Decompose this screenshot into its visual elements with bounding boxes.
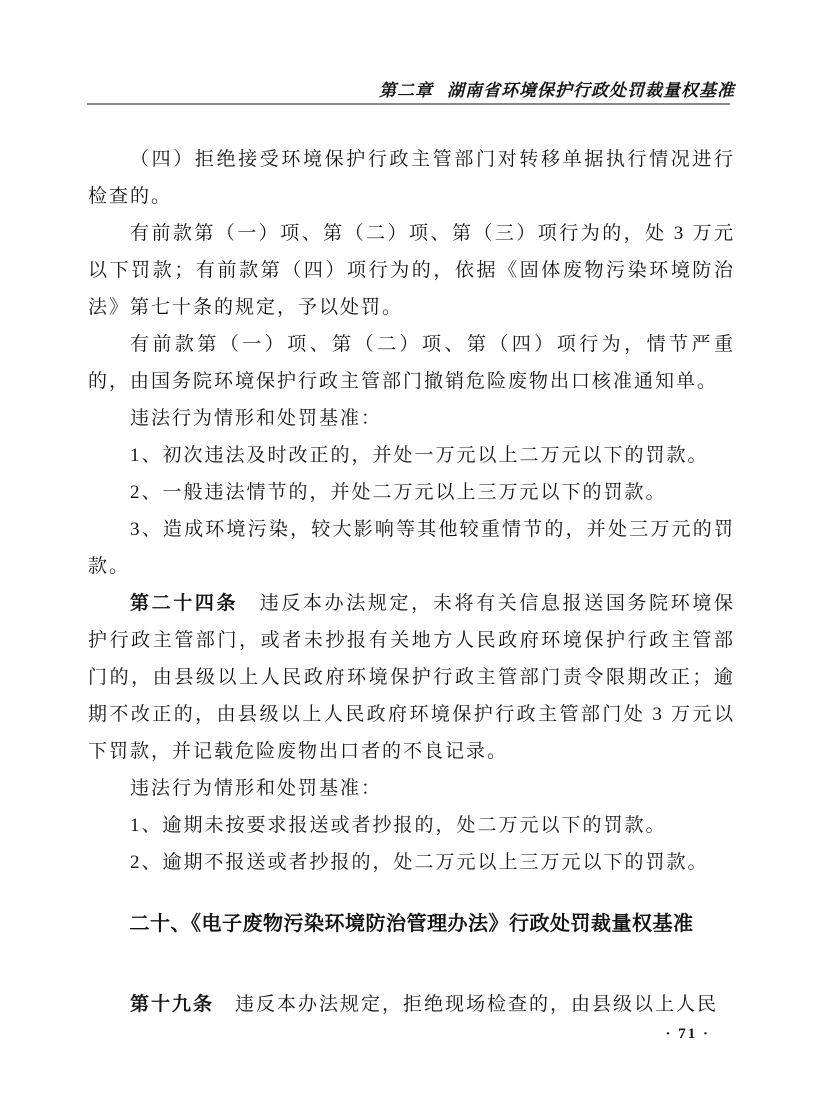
paragraph-text: 有前款第（一）项、第（二）项、第（四）项行为，情节严重的，由国务院环境保护行政主… xyxy=(88,334,735,392)
body-paragraph: 第二十四条 违反本办法规定，未将有关信息报送国务院环境保护行政主管部门，或者未抄… xyxy=(88,585,735,770)
body-paragraph: 2、一般违法情节的，并处二万元以上三万元以下的罚款。 xyxy=(88,474,735,511)
article-number: 第二十四条 xyxy=(130,593,238,614)
running-header: 第二章湖南省环境保护行政处罚裁量权基准 xyxy=(87,76,735,101)
body-paragraph: 有前款第（一）项、第（二）项、第（四）项行为，情节严重的，由国务院环境保护行政主… xyxy=(88,326,735,400)
header-rule xyxy=(87,103,730,105)
body-paragraph: 1、逾期未按要求报送或者抄报的，处二万元以下的罚款。 xyxy=(88,807,735,844)
document-body: （四）拒绝接受环境保护行政主管部门对转移单据执行情况进行检查的。有前款第（一）项… xyxy=(88,141,735,1023)
paragraph-text: 有前款第（一）项、第（二）项、第（三）项行为的，处 3 万元以下罚款；有前款第（… xyxy=(88,223,735,318)
body-paragraph: 1、初次违法及时改正的，并处一万元以上二万元以下的罚款。 xyxy=(88,437,735,474)
paragraph-text: 2、一般违法情节的，并处二万元以上三万元以下的罚款。 xyxy=(130,482,667,503)
paragraph-text: 违法行为情形和处罚基准： xyxy=(130,778,382,799)
body-paragraph: 3、造成环境污染，较大影响等其他较重情节的，并处三万元的罚款。 xyxy=(88,511,735,585)
chapter-number: 第二章 xyxy=(379,81,433,100)
paragraph-text: （四）拒绝接受环境保护行政主管部门对转移单据执行情况进行检查的。 xyxy=(88,149,735,207)
paragraph-text: 2、逾期不报送或者抄报的，处二万元以上三万元以下的罚款。 xyxy=(130,852,709,873)
chapter-title: 湖南省环境保护行政处罚裁量权基准 xyxy=(447,81,735,100)
paragraph-text: 违反本办法规定，拒绝现场检查的，由县级以上人民 xyxy=(214,994,718,1015)
body-paragraph: 有前款第（一）项、第（二）项、第（三）项行为的，处 3 万元以下罚款；有前款第（… xyxy=(88,215,735,326)
paragraph-text: 1、初次违法及时改正的，并处一万元以上二万元以下的罚款。 xyxy=(130,445,709,466)
article-number: 第十九条 xyxy=(130,994,214,1015)
body-paragraph: 第十九条 违反本办法规定，拒绝现场检查的，由县级以上人民 xyxy=(88,986,735,1023)
paragraph-text: 违反本办法规定，未将有关信息报送国务院环境保护行政主管部门，或者未抄报有关地方人… xyxy=(88,593,735,762)
section-heading: 二十、《电子废物污染环境防治管理办法》行政处罚裁量权基准 xyxy=(88,906,735,943)
paragraph-text: 违法行为情形和处罚基准： xyxy=(130,408,382,429)
body-paragraph: 2、逾期不报送或者抄报的，处二万元以上三万元以下的罚款。 xyxy=(88,844,735,881)
page-number: · 71 · xyxy=(665,1026,710,1043)
body-paragraph: 违法行为情形和处罚基准： xyxy=(88,400,735,437)
paragraph-text: 1、逾期未按要求报送或者抄报的，处二万元以下的罚款。 xyxy=(130,815,667,836)
paragraph-text: 3、造成环境污染，较大影响等其他较重情节的，并处三万元的罚款。 xyxy=(88,519,735,577)
document-page: 第二章湖南省环境保护行政处罚裁量权基准 （四）拒绝接受环境保护行政主管部门对转移… xyxy=(0,0,816,1099)
body-paragraph: （四）拒绝接受环境保护行政主管部门对转移单据执行情况进行检查的。 xyxy=(88,141,735,215)
body-paragraph: 违法行为情形和处罚基准： xyxy=(88,770,735,807)
